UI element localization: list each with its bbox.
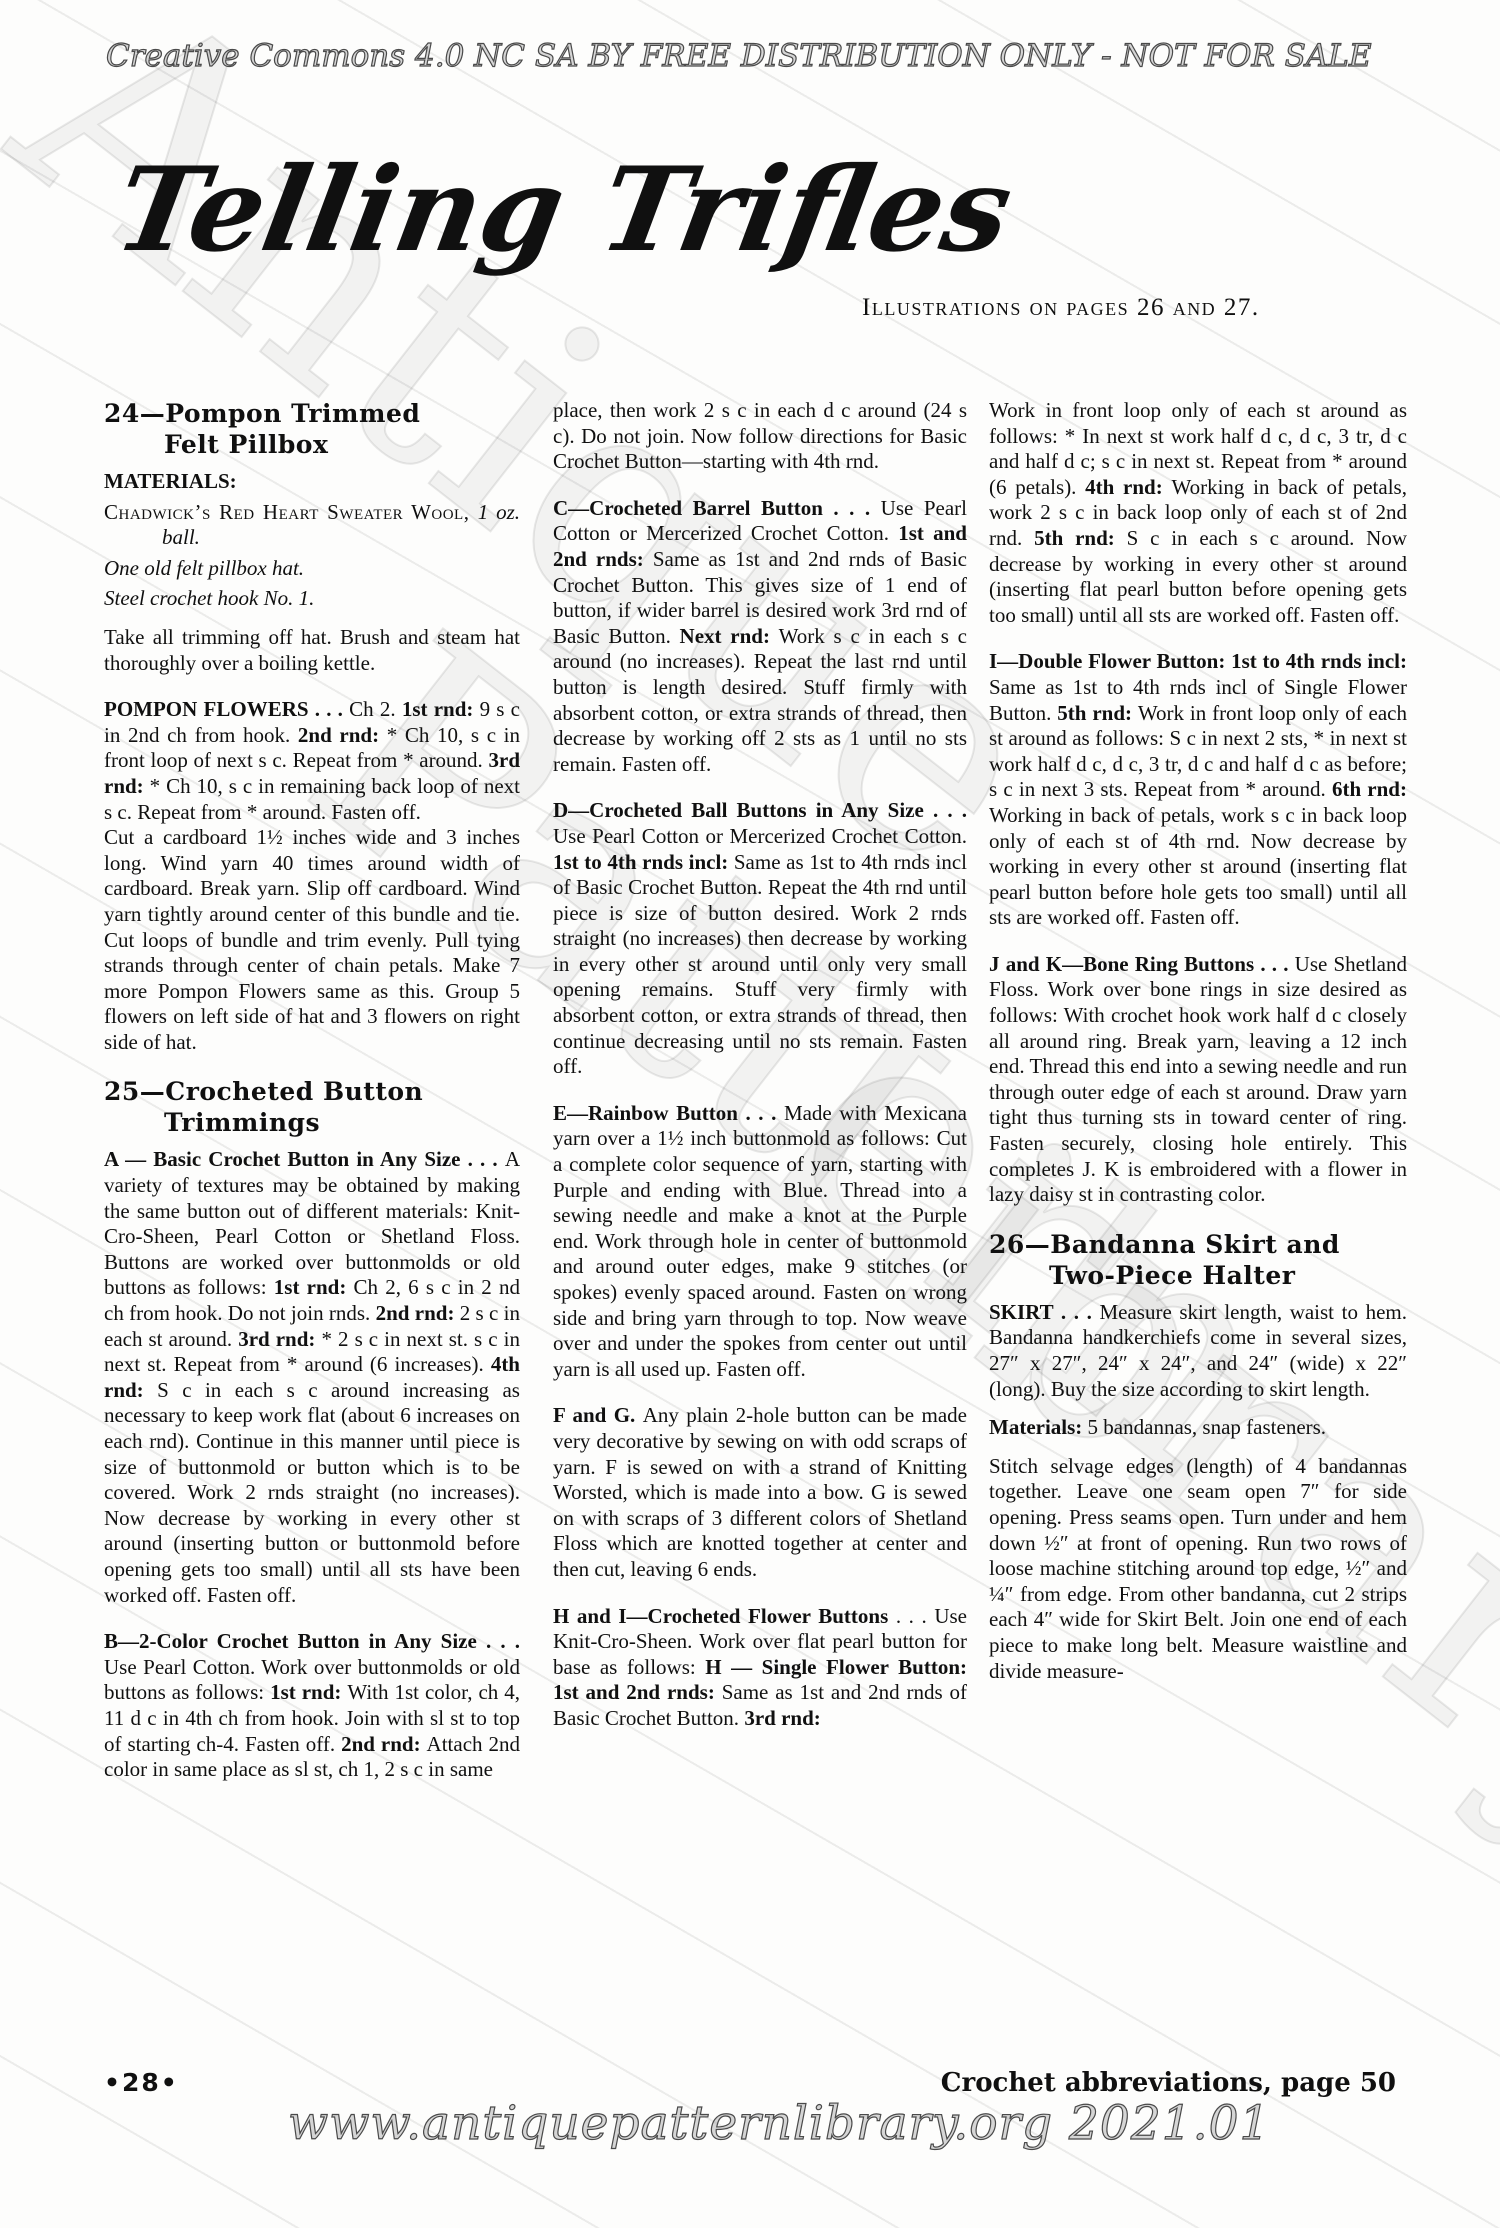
paragraph: E—Rainbow Button . . . Made with Mexican… (553, 1101, 967, 1383)
materials-item: One old felt pillbox hat. (104, 556, 520, 582)
paragraph: Stitch selvage edges (length) of 4 banda… (989, 1454, 1407, 1684)
license-banner: Creative Commons 4.0 NC SA BY FREE DISTR… (106, 38, 1006, 74)
page-number: •28• (104, 2068, 179, 2097)
paragraph: MATERIALS: (104, 469, 520, 495)
section-heading: 26—Bandanna Skirt andTwo-Piece Halter (989, 1229, 1407, 1291)
paragraph: C—Crocheted Barrel Button . . . Use Pear… (553, 496, 967, 778)
paragraph: Materials: 5 bandannas, snap fasteners. (989, 1415, 1407, 1441)
section-heading: 25—Crocheted ButtonTrimmings (104, 1076, 520, 1138)
materials-item: Chadwick’s Red Heart Sweater Wool, 1 oz.… (104, 500, 520, 551)
section-heading: 24—Pompon TrimmedFelt Pillbox (104, 398, 520, 460)
paragraph: D—Crocheted Ball Buttons in Any Size . .… (553, 798, 967, 1080)
materials-item: Steel crochet hook No. 1. (104, 586, 520, 612)
paragraph: J and K—Bone Ring Buttons . . . Use Shet… (989, 952, 1407, 1208)
paragraph: H and I—Crocheted Flower Buttons . . . U… (553, 1604, 967, 1732)
paragraph: place, then work 2 s c in each d c aroun… (553, 398, 967, 475)
column-1: 24—Pompon TrimmedFelt PillboxMATERIALS:C… (104, 398, 520, 1783)
paragraph: Cut a cardboard 1½ inches wide and 3 inc… (104, 825, 520, 1055)
paragraph: A — Basic Crochet Button in Any Size . .… (104, 1147, 520, 1608)
paragraph: Work in front loop only of each st aroun… (989, 398, 1407, 628)
paragraph: Take all trimming off hat. Brush and ste… (104, 625, 520, 676)
paragraph: I—Double Flower Button: 1st to 4th rnds … (989, 649, 1407, 931)
paragraph: B—2-Color Crochet Button in Any Size . .… (104, 1629, 520, 1783)
paragraph: POMPON FLOWERS . . . Ch 2. 1st rnd: 9 s … (104, 697, 520, 825)
page-title: Telling Trifles (106, 142, 1021, 278)
column-2: place, then work 2 s c in each d c aroun… (553, 398, 967, 1732)
abbreviations-note: Crochet abbreviations, page 50 (941, 2068, 1396, 2098)
magazine-page: Antique Pattern Library Creative Commons… (0, 0, 1500, 2228)
illustrations-note: Illustrations on pages 26 and 27. (862, 294, 1260, 322)
watermark-url: www.antiquepatternlibrary.org 2021.01 (288, 2096, 1270, 2151)
paragraph: F and G. Any plain 2-hole button can be … (553, 1403, 967, 1582)
paragraph: SKIRT . . . Measure skirt length, waist … (989, 1300, 1407, 1402)
column-3: Work in front loop only of each st aroun… (989, 398, 1407, 1684)
